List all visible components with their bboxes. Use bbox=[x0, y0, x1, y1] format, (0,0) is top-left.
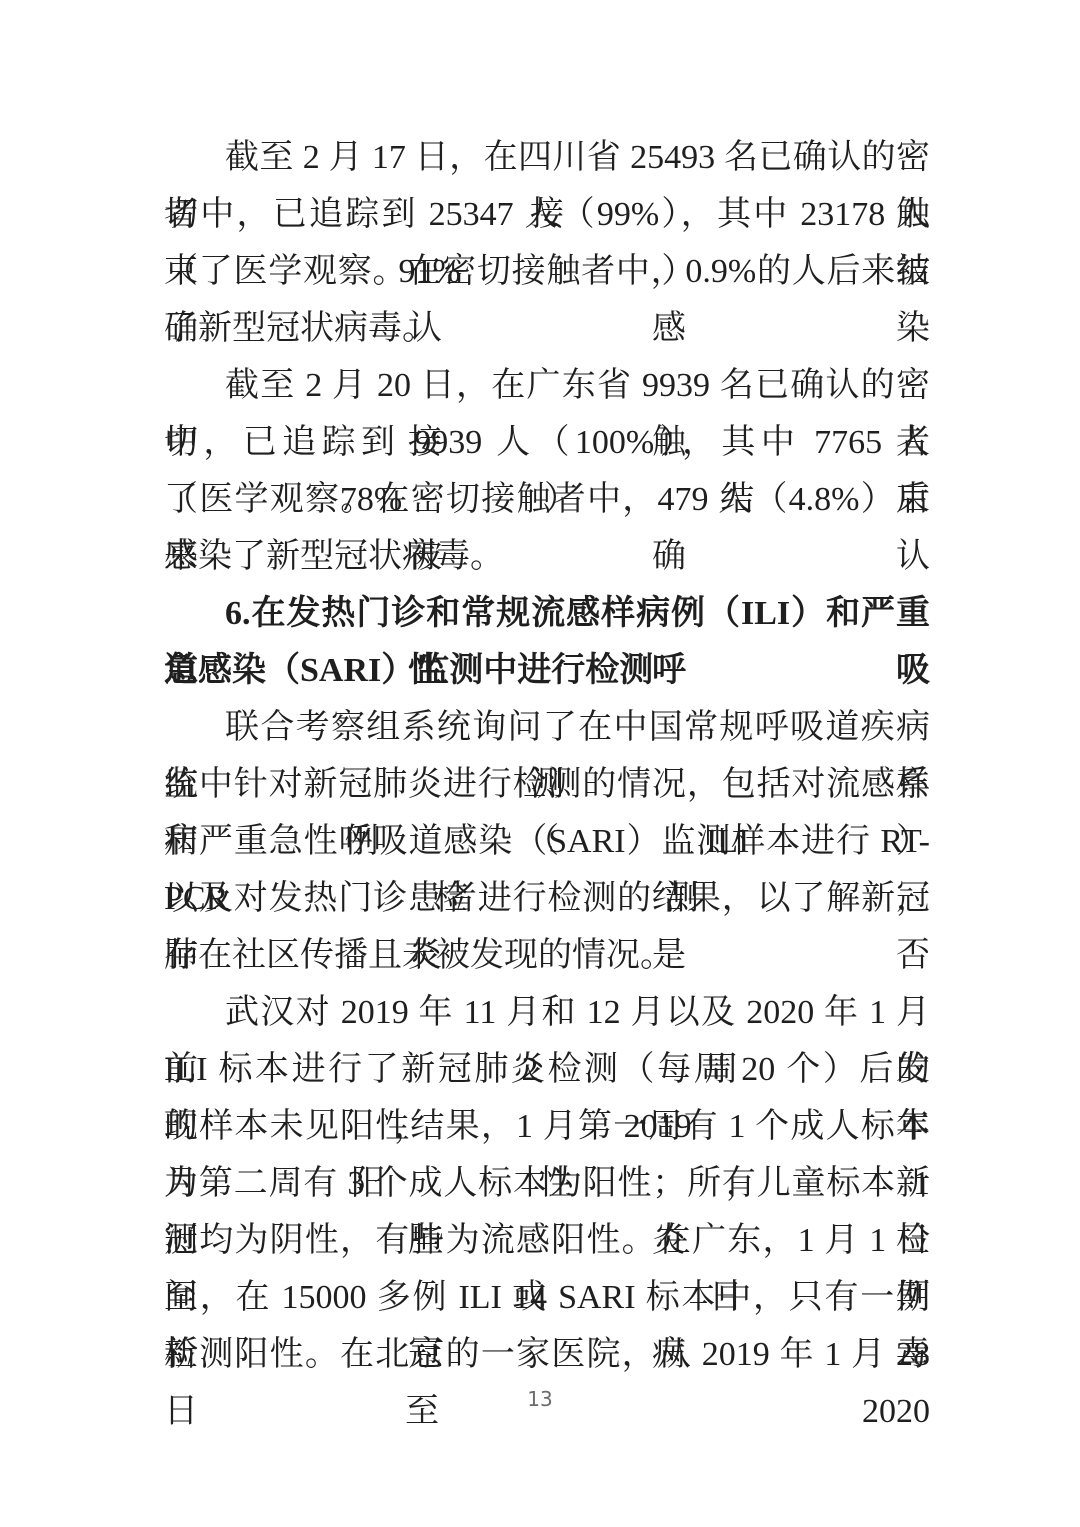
paragraph-line: 的样本未见阳性结果，1 月第一周有 1 个成人标本为阳性，1 bbox=[164, 1098, 930, 1155]
paragraph-guangdong-contacts: 截至 2 月 20 日，在广东省 9939 名已确认的密切接触者 中，已追踪到 … bbox=[164, 357, 930, 585]
text-block: 截至 2 月 17 日，在四川省 25493 名已确认的密切接触 者中，已追踪到… bbox=[164, 129, 930, 1383]
paragraph-line: 检测阳性。在北京的一家医院，从 2019 年 1 月 28 日至 2020 bbox=[164, 1326, 930, 1383]
paragraph-line: 截至 2 月 20 日，在广东省 9939 名已确认的密切接触者 bbox=[164, 357, 930, 414]
page-number: 13 bbox=[0, 1387, 1080, 1411]
paragraph-line: 束了医学观察。在密切接触者中，0.9%的人后来被确认感染 bbox=[164, 243, 930, 300]
heading-line: 6.在发热门诊和常规流感样病例（ILI）和严重急性呼吸 bbox=[164, 585, 930, 642]
paragraph-line: 月第二周有 3 个成人标本为阳性；所有儿童标本新冠肺炎检 bbox=[164, 1155, 930, 1212]
paragraph-line: 和严重急性呼吸道感染（SARI）监测样本进行 RT-PCR 检测， bbox=[164, 813, 930, 870]
section-heading-6: 6.在发热门诊和常规流感样病例（ILI）和严重急性呼吸 道感染（SARI）监测中… bbox=[164, 585, 930, 699]
paragraph-line: 以及对发热门诊患者进行检测的结果，以了解新冠肺炎是否 bbox=[164, 870, 930, 927]
paragraph-sichuan-contacts: 截至 2 月 17 日，在四川省 25493 名已确认的密切接触 者中，已追踪到… bbox=[164, 129, 930, 357]
paragraph-line: 联合考察组系统询问了在中国常规呼吸道疾病监测系 bbox=[164, 699, 930, 756]
paragraph-line: 中，已追踪到 9939 人（100%），其中 7765 人（78%）结束 bbox=[164, 414, 930, 471]
paragraph-surveillance-inquiry: 联合考察组系统询问了在中国常规呼吸道疾病监测系 统中针对新冠肺炎进行检测的情况，… bbox=[164, 699, 930, 984]
paragraph-line: 测均为阴性，有些为流感阳性。在广东，1 月 1 日至 14 日期 bbox=[164, 1212, 930, 1269]
paragraph-line: 统中针对新冠肺炎进行检测的情况，包括对流感样病例（ILI） bbox=[164, 756, 930, 813]
paragraph-line: 武汉对 2019 年 11 月和 12 月以及 2020 年 1 月前 2 周的 bbox=[164, 984, 930, 1041]
paragraph-line: 间，在 15000 多例 ILI 或 SARI 标本中，只有一例新冠病毒 bbox=[164, 1269, 930, 1326]
paragraph-ili-testing-results: 武汉对 2019 年 11 月和 12 月以及 2020 年 1 月前 2 周的… bbox=[164, 984, 930, 1383]
paragraph-line: 了医学观察。在密切接触者中，479 人（4.8%）后来被确认 bbox=[164, 471, 930, 528]
paragraph-line: ILI 标本进行了新冠肺炎检测（每周 20 个）后发现，2019 年 bbox=[164, 1041, 930, 1098]
paragraph-line: 者中，已追踪到 25347 人（99%），其中 23178 人（91%）结 bbox=[164, 186, 930, 243]
document-page: 截至 2 月 17 日，在四川省 25493 名已确认的密切接触 者中，已追踪到… bbox=[0, 0, 1080, 1527]
paragraph-line: 截至 2 月 17 日，在四川省 25493 名已确认的密切接触 bbox=[164, 129, 930, 186]
